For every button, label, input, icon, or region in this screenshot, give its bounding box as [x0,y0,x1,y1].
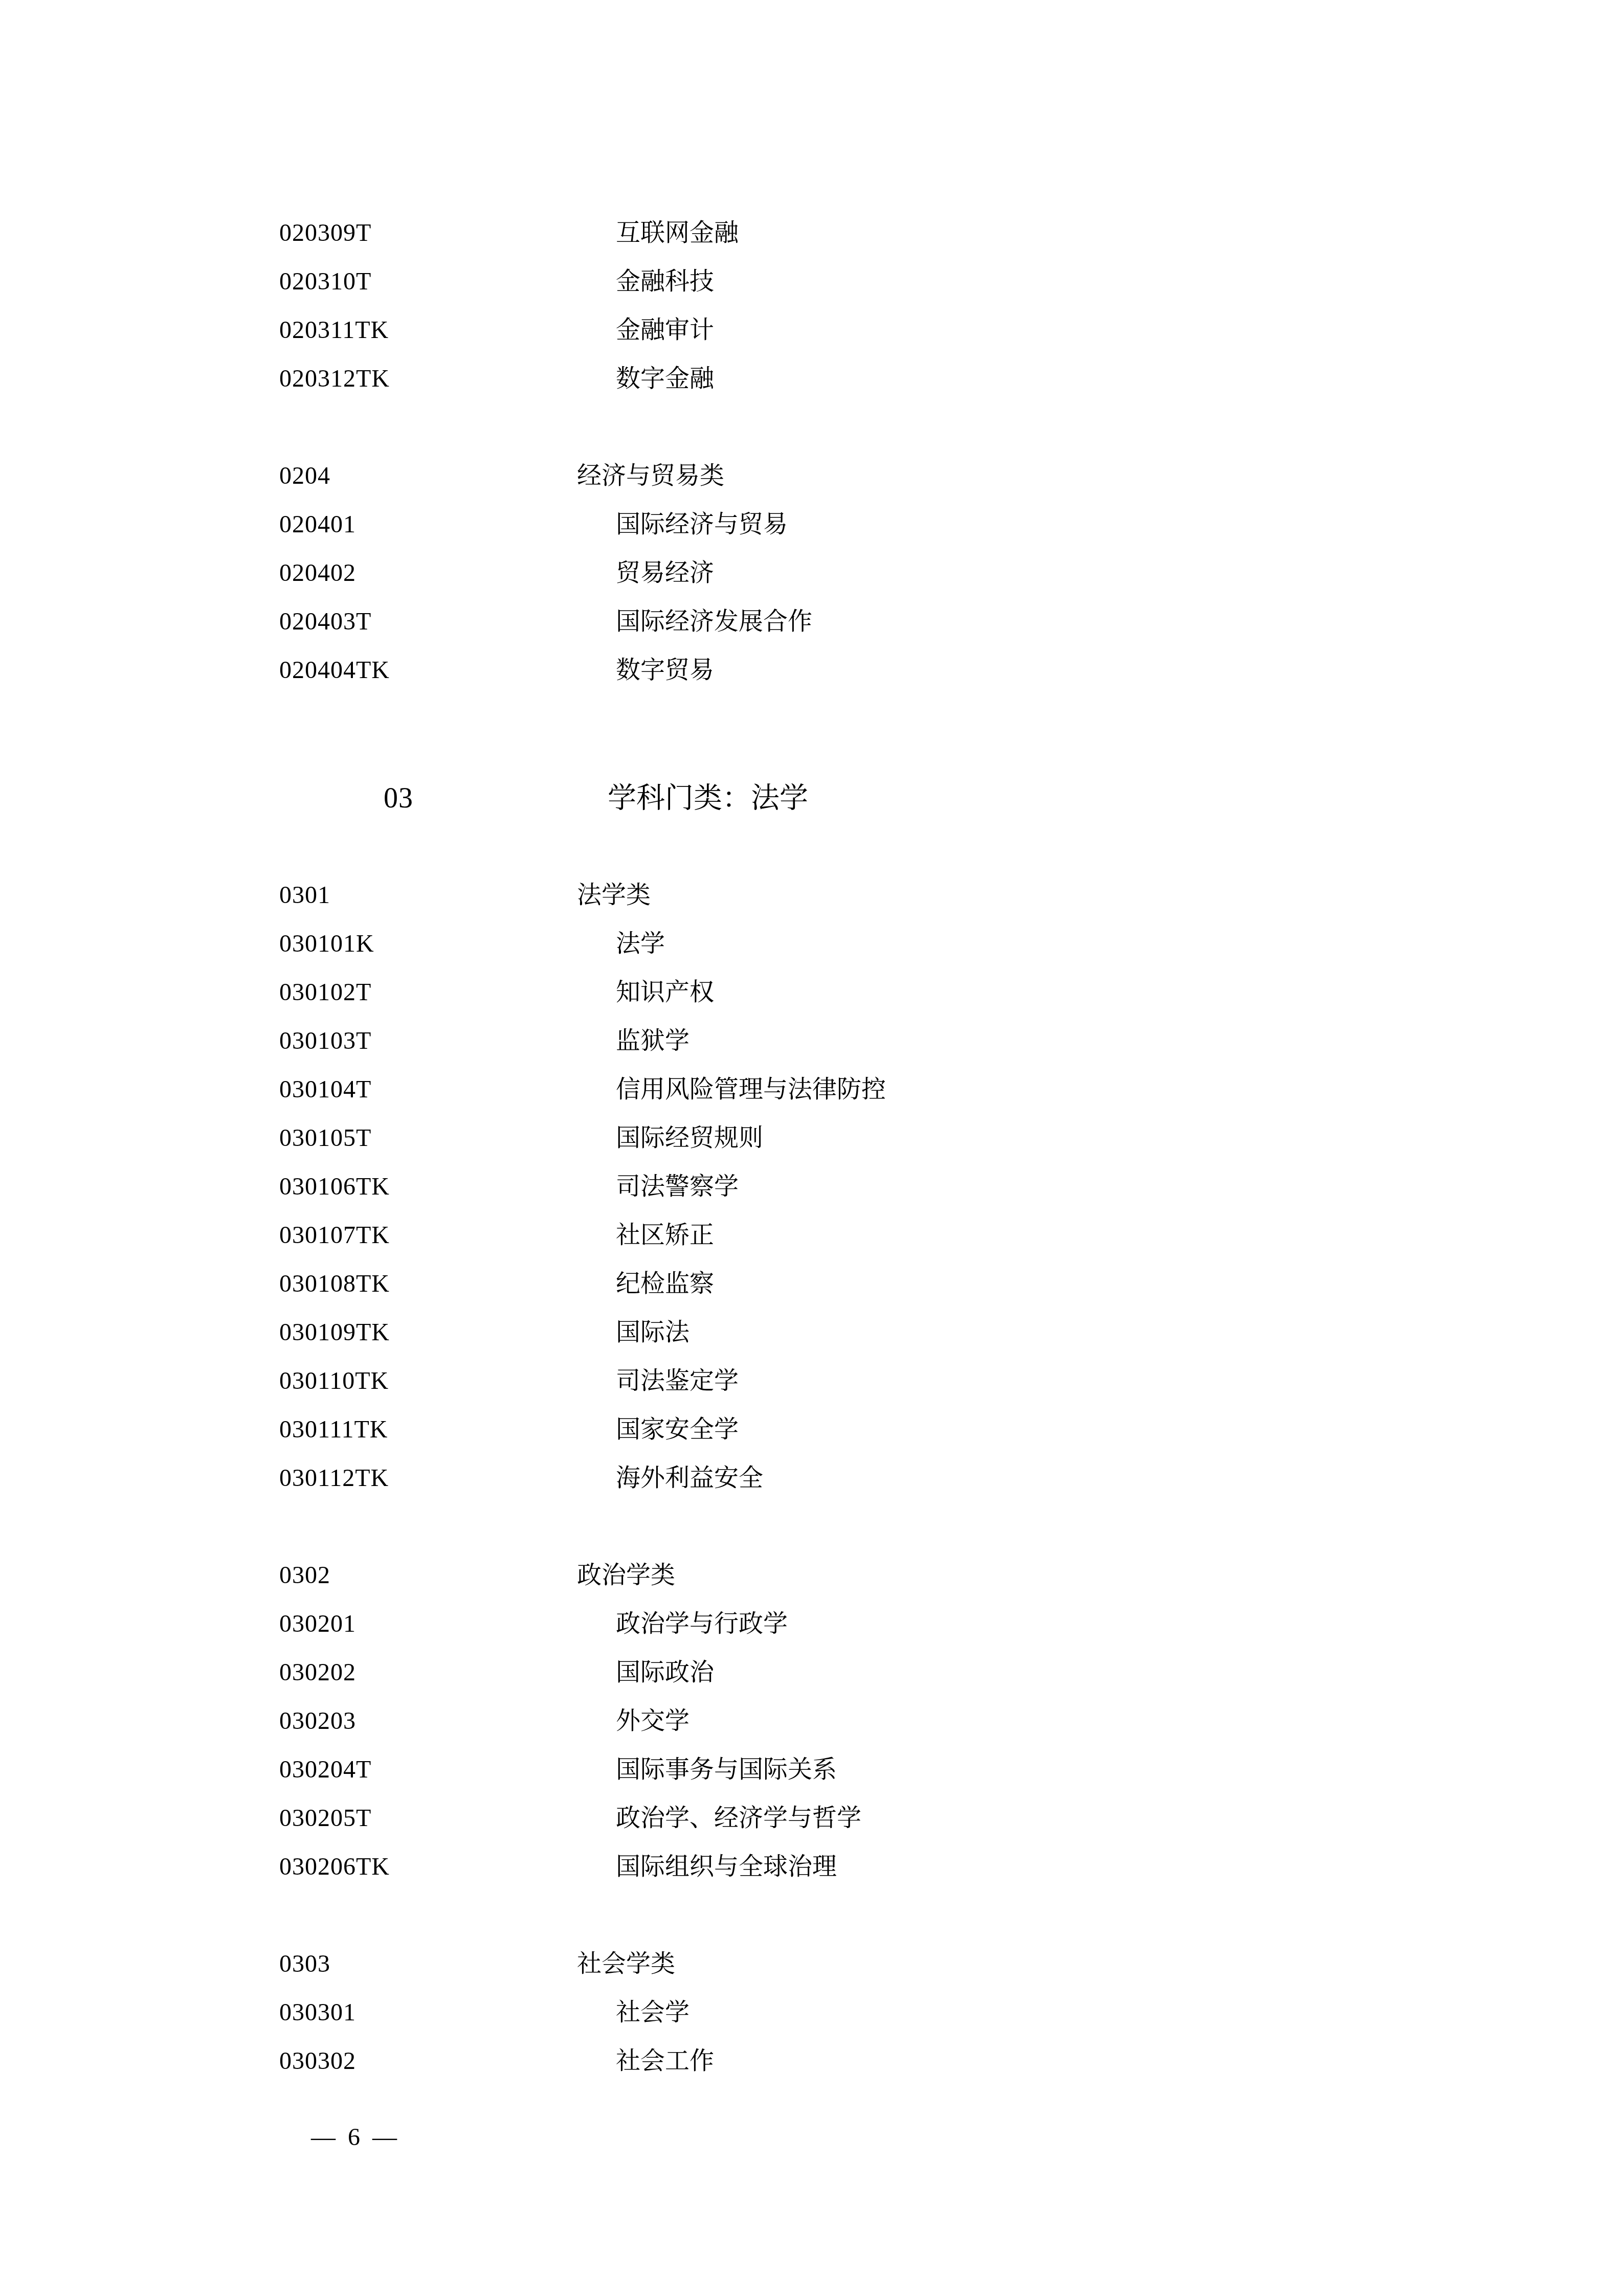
major-row: 020309T 互联网金融 [0,209,1624,257]
major-row: 020310T 金融科技 [0,257,1624,306]
major-code: 020404TK [279,658,616,683]
major-name: 国际经济发展合作 [616,610,812,634]
major-row: 030205T 政治学、经济学与哲学 [0,1794,1624,1842]
major-code: 030204T [279,1758,616,1782]
major-row: 020402 贸易经济 [0,549,1624,597]
major-row: 030201 政治学与行政学 [0,1600,1624,1648]
major-code: 0204 [279,464,577,488]
category-row: 0302 政治学类 [0,1551,1624,1600]
document-page: 020309T 互联网金融 020310T 金融科技 020311TK 金融审计… [0,0,1624,2296]
major-code: 020402 [279,561,616,586]
major-code: 0303 [279,1952,577,1976]
major-name: 国际政治 [616,1660,714,1685]
major-code: 030202 [279,1660,616,1685]
major-code: 030205T [279,1806,616,1831]
major-name: 司法警察学 [616,1175,739,1199]
major-row: 030110TK 司法鉴定学 [0,1357,1624,1405]
major-code: 020311TK [279,318,616,343]
major-code: 03 [384,784,608,813]
major-row: 030103T 监狱学 [0,1017,1624,1065]
major-catalog-list: 020309T 互联网金融 020310T 金融科技 020311TK 金融审计… [0,0,1624,2085]
major-name: 社会学类 [577,1952,675,1976]
major-name: 政治学与行政学 [616,1612,788,1636]
major-row: 030109TK 国际法 [0,1308,1624,1357]
major-code: 030203 [279,1709,616,1734]
major-name: 金融审计 [616,318,714,343]
major-row: 030204T 国际事务与国际关系 [0,1745,1624,1794]
major-name: 法学 [616,932,665,956]
major-name: 国际事务与国际关系 [616,1758,837,1782]
division-heading-row: 03 学科门类：法学 [0,774,1624,822]
major-code: 030201 [279,1612,616,1636]
major-code: 020403T [279,610,616,634]
major-name: 数字金融 [616,367,714,391]
major-name: 国际法 [616,1320,689,1345]
major-name: 贸易经济 [616,561,714,586]
major-name: 社区矫正 [616,1223,714,1248]
major-row: 020404TK 数字贸易 [0,646,1624,694]
major-row: 030202 国际政治 [0,1648,1624,1697]
major-name: 监狱学 [616,1029,689,1053]
major-code: 030101K [279,932,616,956]
major-code: 020310T [279,269,616,294]
major-row: 020401 国际经济与贸易 [0,500,1624,549]
major-name: 知识产权 [616,980,714,1005]
category-row: 0301 法学类 [0,871,1624,919]
major-code: 030106TK [279,1175,616,1199]
major-row: 030105T 国际经贸规则 [0,1114,1624,1162]
major-row: 030302 社会工作 [0,2037,1624,2085]
major-name: 信用风险管理与法律防控 [616,1077,886,1102]
major-name: 法学类 [577,883,651,908]
major-row: 030203 外交学 [0,1697,1624,1745]
major-code: 030104T [279,1077,616,1102]
major-name: 互联网金融 [616,221,739,245]
page-footer: — 6 — [311,2123,400,2151]
major-row: 030107TK 社区矫正 [0,1211,1624,1259]
major-name: 国家安全学 [616,1417,739,1442]
major-row: 030104T 信用风险管理与法律防控 [0,1065,1624,1114]
major-name: 海外利益安全 [616,1466,763,1491]
major-name: 经济与贸易类 [577,464,724,488]
major-name: 学科门类：法学 [608,784,808,813]
major-code: 020401 [279,512,616,537]
major-row: 030106TK 司法警察学 [0,1162,1624,1211]
major-row: 020312TK 数字金融 [0,354,1624,403]
major-name: 国际经贸规则 [616,1126,763,1151]
major-name: 数字贸易 [616,658,714,683]
major-row: 030102T 知识产权 [0,968,1624,1017]
major-name: 外交学 [616,1709,689,1734]
major-code: 020309T [279,221,616,245]
major-name: 政治学类 [577,1563,675,1588]
major-row: 030206TK 国际组织与全球治理 [0,1842,1624,1891]
major-name: 纪检监察 [616,1272,714,1296]
major-code: 020312TK [279,367,616,391]
major-name: 国际组织与全球治理 [616,1855,837,1879]
major-code: 030105T [279,1126,616,1151]
major-name: 国际经济与贸易 [616,512,788,537]
major-code: 030108TK [279,1272,616,1296]
major-row: 030111TK 国家安全学 [0,1405,1624,1454]
major-name: 金融科技 [616,269,714,294]
major-code: 030103T [279,1029,616,1053]
major-code: 030111TK [279,1417,616,1442]
major-code: 0301 [279,883,577,908]
category-row: 0303 社会学类 [0,1940,1624,1988]
major-row: 030301 社会学 [0,1988,1624,2037]
major-name: 社会学 [616,2000,689,2025]
major-code: 030302 [279,2049,616,2074]
major-name: 社会工作 [616,2049,714,2074]
major-code: 030112TK [279,1466,616,1491]
major-name: 司法鉴定学 [616,1369,739,1393]
major-code: 030301 [279,2000,616,2025]
major-code: 030102T [279,980,616,1005]
major-row: 030112TK 海外利益安全 [0,1454,1624,1502]
major-row: 020311TK 金融审计 [0,306,1624,354]
major-code: 030109TK [279,1320,616,1345]
major-code: 0302 [279,1563,577,1588]
major-code: 030110TK [279,1369,616,1393]
major-row: 030101K 法学 [0,919,1624,968]
major-code: 030107TK [279,1223,616,1248]
major-row: 030108TK 纪检监察 [0,1259,1624,1308]
major-row: 020403T 国际经济发展合作 [0,597,1624,646]
category-row: 0204 经济与贸易类 [0,452,1624,500]
major-name: 政治学、经济学与哲学 [616,1806,861,1831]
page-number: — 6 — [311,2124,400,2151]
major-code: 030206TK [279,1855,616,1879]
